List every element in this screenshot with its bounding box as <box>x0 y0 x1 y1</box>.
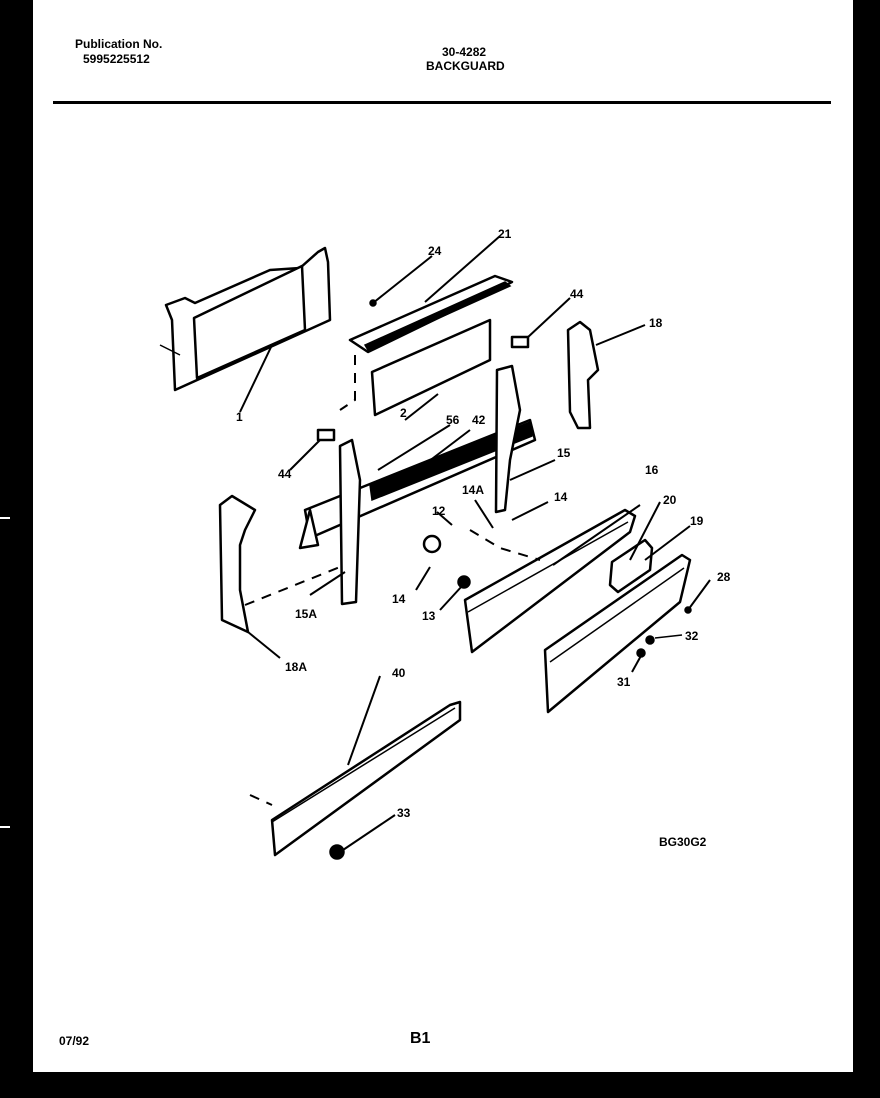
part-end-bracket-left <box>340 440 360 604</box>
callout-1: 1 <box>236 410 243 424</box>
callout-20: 20 <box>663 493 677 507</box>
callout-40: 40 <box>392 666 406 680</box>
callout-33: 33 <box>397 806 411 820</box>
callout-19: 19 <box>690 514 704 528</box>
callout-31: 31 <box>617 675 631 689</box>
callout-18: 18 <box>649 316 663 330</box>
callout-32: 32 <box>685 629 699 643</box>
part-end-cap-left <box>220 496 255 632</box>
part-clip <box>318 430 334 440</box>
callout-15: 15 <box>557 446 571 460</box>
part-clock <box>424 536 440 552</box>
callout-56: 56 <box>446 413 460 427</box>
exploded-view-diagram: 1 2 12 13 14 14 14A 15 15A 16 18 18A 19 … <box>0 0 880 1098</box>
callout-13: 13 <box>422 609 436 623</box>
callout-12: 12 <box>432 504 446 518</box>
callout-2: 2 <box>400 406 407 420</box>
part-backguard-panel <box>160 248 330 390</box>
callout-14-left: 14 <box>392 592 406 606</box>
callout-14A: 14A <box>462 483 484 497</box>
callout-42: 42 <box>472 413 486 427</box>
part-switch <box>458 576 470 588</box>
callout-15A: 15A <box>295 607 317 621</box>
parts-diagram-page: Publication No. 5995225512 30-4282 BACKG… <box>0 0 880 1098</box>
part-lower-bracket <box>272 702 460 855</box>
callout-44-left: 44 <box>278 467 292 481</box>
callout-24: 24 <box>428 244 442 258</box>
callout-44-right: 44 <box>570 287 584 301</box>
callout-16: 16 <box>645 463 659 477</box>
callout-14-right: 14 <box>554 490 568 504</box>
part-nut <box>330 845 344 859</box>
part-end-cap-right <box>568 322 598 428</box>
part-knob-insert <box>646 636 654 644</box>
callout-21: 21 <box>498 227 512 241</box>
part-clip <box>512 337 528 347</box>
callout-28: 28 <box>717 570 731 584</box>
callout-18A: 18A <box>285 660 307 674</box>
